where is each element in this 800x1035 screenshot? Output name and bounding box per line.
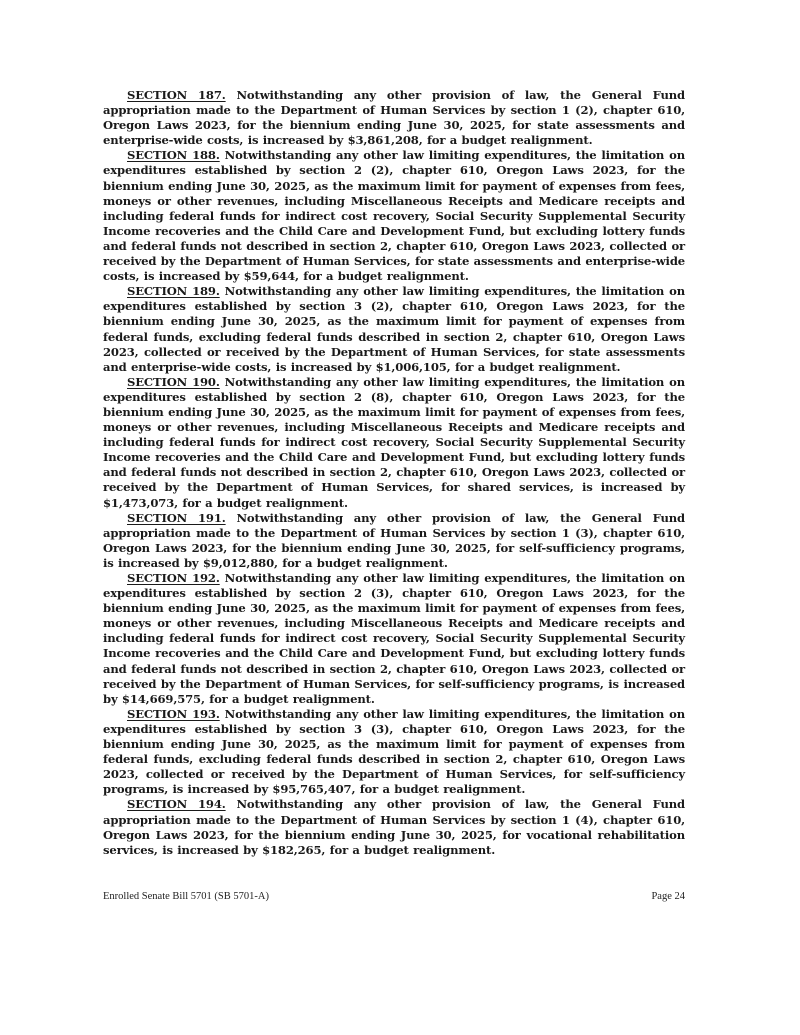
section-191: SECTION 191. Notwithstanding any other p… <box>103 511 685 571</box>
section-193: SECTION 193. Notwithstanding any other l… <box>103 707 685 798</box>
section-heading: SECTION 190. <box>127 375 220 389</box>
bill-label: Enrolled Senate Bill 5701 (SB 5701-A) <box>103 891 269 902</box>
section-body: Notwithstanding any other law limiting e… <box>103 375 685 510</box>
section-heading: SECTION 193. <box>127 707 220 721</box>
section-188: SECTION 188. Notwithstanding any other l… <box>103 148 685 284</box>
section-190: SECTION 190. Notwithstanding any other l… <box>103 375 685 511</box>
section-heading: SECTION 191. <box>127 511 226 525</box>
section-heading: SECTION 187. <box>127 88 226 102</box>
page-number: Page 24 <box>651 891 685 902</box>
section-heading: SECTION 189. <box>127 284 220 298</box>
document-page: SECTION 187. Notwithstanding any other p… <box>103 88 685 858</box>
section-187: SECTION 187. Notwithstanding any other p… <box>103 88 685 148</box>
section-heading: SECTION 192. <box>127 571 220 585</box>
section-189: SECTION 189. Notwithstanding any other l… <box>103 284 685 375</box>
section-heading: SECTION 194. <box>127 797 226 811</box>
section-body: Notwithstanding any other law limiting e… <box>103 148 685 283</box>
section-body: Notwithstanding any other law limiting e… <box>103 571 685 706</box>
section-heading: SECTION 188. <box>127 148 220 162</box>
page-footer: Enrolled Senate Bill 5701 (SB 5701-A) Pa… <box>103 891 685 902</box>
section-192: SECTION 192. Notwithstanding any other l… <box>103 571 685 707</box>
section-194: SECTION 194. Notwithstanding any other p… <box>103 797 685 857</box>
